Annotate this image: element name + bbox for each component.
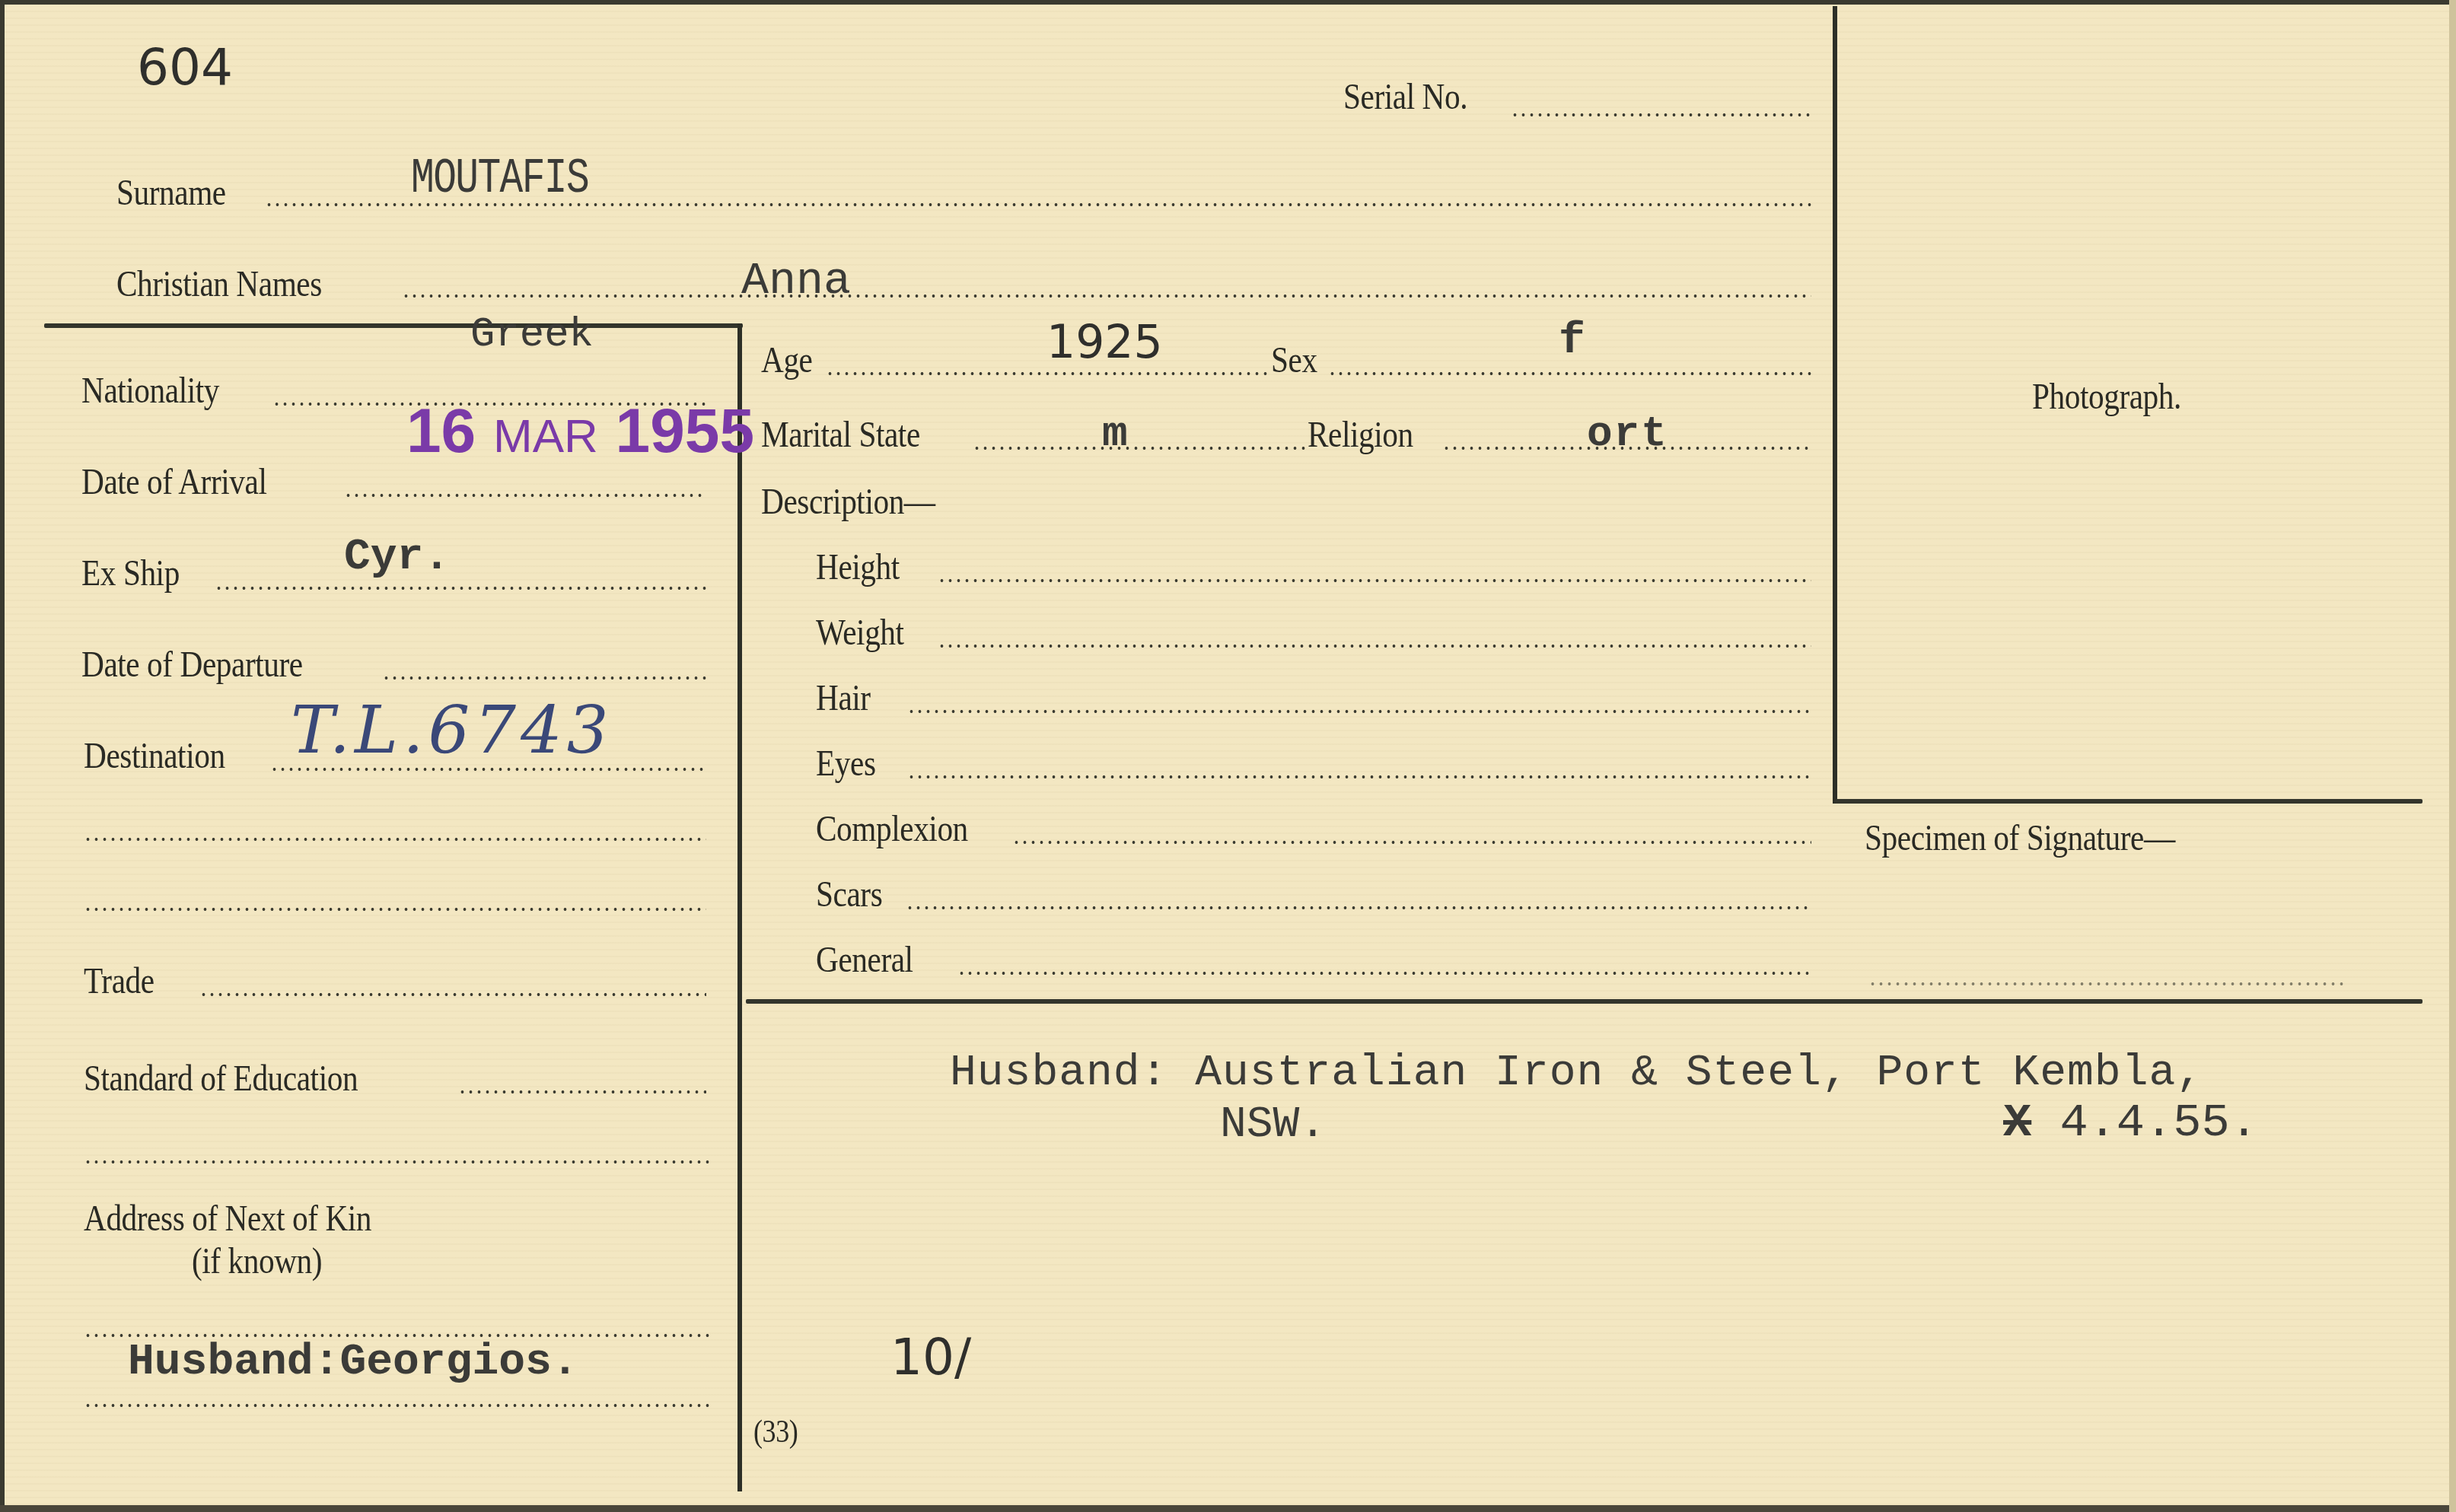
trade-field[interactable] <box>199 992 706 997</box>
height-label: Height <box>816 546 900 588</box>
scars-label: Scars <box>816 874 882 915</box>
notes-date-value: 4.4.55. <box>2059 1096 2257 1150</box>
destination-field[interactable] <box>270 767 706 772</box>
signature-label: Specimen of Signature— <box>1865 817 2175 859</box>
serial-no-field[interactable] <box>1511 113 1811 117</box>
left-panel-top-border <box>44 323 743 328</box>
arrival-date-stamp: 16 MAR 1955 <box>406 396 754 467</box>
religion-label: Religion <box>1308 414 1413 456</box>
height-field[interactable] <box>938 578 1811 583</box>
stamp-year: 1955 <box>616 396 754 466</box>
nationality-value: Greek <box>470 312 594 358</box>
age-value: 1925 <box>1046 316 1163 369</box>
fee-note: 10/ <box>890 1328 971 1386</box>
scars-field[interactable] <box>906 906 1811 910</box>
surname-value: MOUTAFIS <box>411 152 588 207</box>
struck-prefix: X <box>2003 1096 2031 1150</box>
date-of-arrival-label: Date of Arrival <box>81 461 266 503</box>
stamp-day: 16 <box>406 396 476 466</box>
notes-top-border <box>746 999 2423 1004</box>
notes-line-1: Husband: Australian Iron & Steel, Port K… <box>950 1049 2203 1098</box>
eyes-label: Eyes <box>816 743 876 785</box>
trade-label: Trade <box>84 960 154 1002</box>
complexion-field[interactable] <box>1012 840 1811 845</box>
weight-field[interactable] <box>938 644 1811 648</box>
blank-line-1[interactable] <box>84 837 706 842</box>
age-label: Age <box>761 339 812 381</box>
complexion-label: Complexion <box>816 808 968 850</box>
blank-line-3[interactable] <box>84 1160 714 1164</box>
general-label: General <box>816 939 913 981</box>
marital-state-label: Marital State <box>761 414 920 456</box>
date-of-arrival-field[interactable] <box>344 493 706 498</box>
photograph-label: Photograph. <box>2032 376 2181 418</box>
form-number: (33) <box>753 1414 798 1450</box>
date-of-departure-field[interactable] <box>382 676 706 680</box>
card-edge-top <box>0 0 2456 5</box>
destination-value: T.L.6743 <box>291 692 613 769</box>
signature-field[interactable] <box>1868 982 2348 986</box>
card-edge-left <box>0 0 5 1512</box>
description-heading: Description— <box>761 481 935 523</box>
stamp-month: MAR <box>493 410 598 463</box>
serial-no-label: Serial No. <box>1343 76 1467 118</box>
marital-state-value: m <box>1102 409 1128 458</box>
christian-names-value: Anna <box>741 256 851 307</box>
date-of-departure-label: Date of Departure <box>81 644 303 686</box>
notes-line-2: NSW. <box>1220 1100 1326 1150</box>
blank-line-2[interactable] <box>84 907 706 912</box>
registration-card: 604 Serial No. Surname MOUTAFIS Christia… <box>0 0 2456 1512</box>
ex-ship-value: Cyr. <box>344 533 450 582</box>
photo-box-left-border <box>1833 6 1837 804</box>
ex-ship-label: Ex Ship <box>81 552 180 594</box>
nationality-label: Nationality <box>81 370 219 412</box>
destination-label: Destination <box>84 735 225 777</box>
education-label: Standard of Education <box>84 1058 358 1100</box>
card-number: 604 <box>137 38 233 97</box>
christian-names-field[interactable] <box>402 294 1811 298</box>
age-field[interactable] <box>826 371 1271 376</box>
next-of-kin-label: Address of Next of Kin <box>84 1198 371 1240</box>
next-of-kin-sublabel: (if known) <box>192 1240 322 1282</box>
surname-label: Surname <box>116 172 226 214</box>
general-field[interactable] <box>957 971 1811 976</box>
hair-label: Hair <box>816 677 871 719</box>
education-field[interactable] <box>458 1090 706 1094</box>
next-of-kin-field[interactable] <box>84 1403 714 1408</box>
marital-state-field[interactable] <box>973 446 1308 450</box>
sex-field[interactable] <box>1328 371 1811 376</box>
ex-ship-field[interactable] <box>215 586 706 590</box>
next-of-kin-value: Husband:Georgios. <box>128 1338 578 1387</box>
card-edge-bottom <box>0 1505 2456 1512</box>
card-edge-right <box>2449 0 2456 1512</box>
sex-value: f <box>1559 317 1585 366</box>
eyes-field[interactable] <box>907 775 1811 779</box>
religion-value: ort <box>1587 409 1668 458</box>
weight-label: Weight <box>816 612 904 654</box>
left-panel-right-border <box>737 323 742 1491</box>
notes-date: X 4.4.55. <box>2003 1096 2258 1150</box>
sex-label: Sex <box>1271 339 1317 381</box>
hair-field[interactable] <box>907 709 1811 714</box>
photo-box-bottom-border <box>1835 799 2423 804</box>
christian-names-label: Christian Names <box>116 263 322 305</box>
